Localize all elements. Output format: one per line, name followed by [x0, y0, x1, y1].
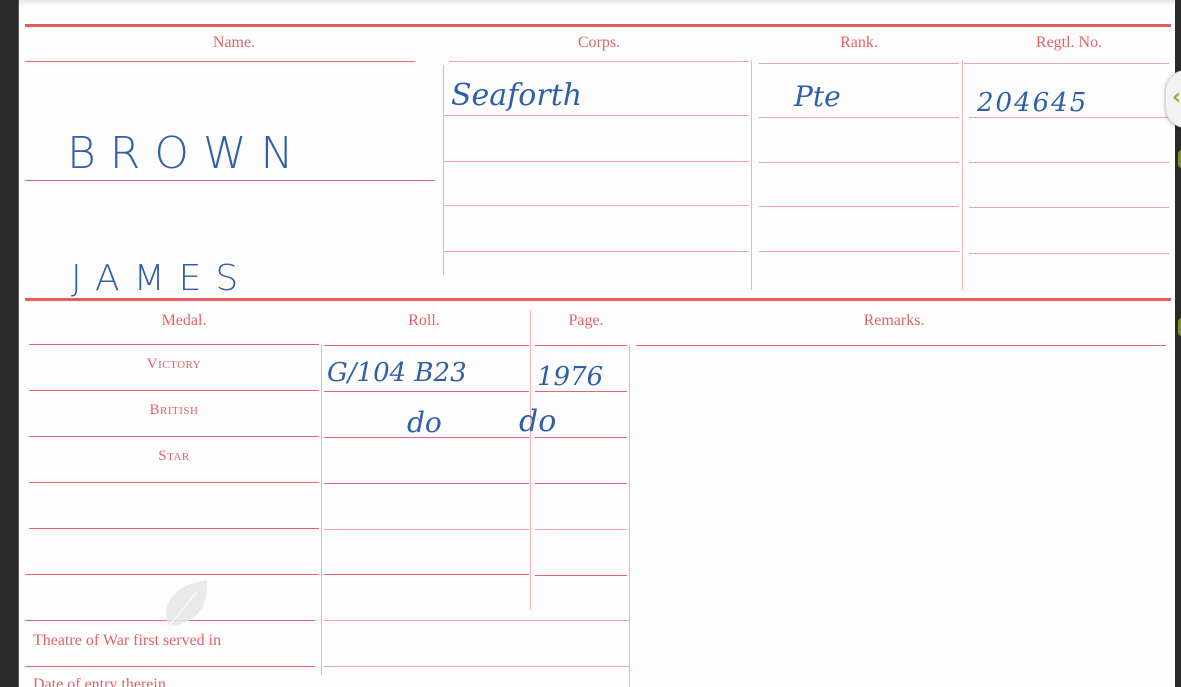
section-divider [25, 298, 1171, 301]
rank-entry: Pte [794, 80, 841, 113]
rule [759, 206, 959, 207]
roll-entry-british: do [407, 406, 442, 439]
rule [964, 63, 1169, 64]
rule [636, 345, 1166, 346]
page-entry-victory: 1976 [537, 362, 603, 392]
rule [324, 391, 529, 392]
medal-index-card: Name. Corps. Rank. Regtl. No. BROWN JAME… [18, 0, 1175, 687]
header-medal: Medal. [119, 312, 249, 330]
rule [25, 24, 1171, 27]
rule [444, 161, 749, 162]
medal-british: British [99, 402, 249, 419]
rule [324, 666, 629, 667]
rule [324, 620, 629, 621]
column-divider [443, 65, 444, 275]
header-regtl-no: Regtl. No. [1004, 34, 1134, 52]
chevron-left-icon: ‹ [1172, 85, 1181, 110]
rule [324, 574, 529, 575]
rule [29, 390, 319, 391]
header-remarks: Remarks. [829, 312, 959, 330]
rule [29, 528, 319, 529]
rule [25, 574, 319, 575]
regtl-no-entry: 204645 [977, 88, 1088, 118]
column-divider [530, 310, 531, 610]
rule [324, 345, 529, 346]
header-page: Page. [541, 312, 631, 330]
rule [29, 482, 319, 483]
rule [29, 436, 319, 437]
column-divider [962, 60, 963, 290]
medal-victory: Victory [99, 356, 249, 373]
rule [29, 344, 319, 345]
rule [969, 162, 1169, 163]
rule [535, 575, 627, 576]
rule [324, 529, 529, 530]
surname-entry: BROWN [67, 128, 307, 179]
theatre-of-war-label: Theatre of War first served in [33, 632, 323, 650]
top-shadow [19, 0, 1175, 6]
column-divider [321, 345, 322, 675]
medal-star: Star [99, 448, 249, 465]
rule [759, 162, 959, 163]
rule [444, 251, 749, 252]
page-entry-british: do [519, 404, 556, 439]
rule [25, 61, 415, 62]
rule [449, 61, 749, 62]
header-corps: Corps. [549, 34, 649, 52]
rule [759, 63, 959, 64]
rule [444, 205, 749, 206]
rule [444, 115, 749, 116]
rule [324, 483, 529, 484]
rule [969, 253, 1169, 254]
rule [535, 345, 627, 346]
header-name: Name. [169, 34, 299, 52]
date-of-entry-label: Date of entry therein [33, 676, 323, 687]
header-roll: Roll. [379, 312, 469, 330]
rule [535, 529, 627, 530]
rule [25, 666, 315, 667]
rule [535, 483, 627, 484]
leaf-icon [159, 578, 213, 630]
column-divider [751, 60, 752, 290]
forename-entry: JAMES [71, 258, 252, 299]
rule [25, 180, 435, 181]
rule [759, 251, 959, 252]
roll-entry-victory: G/104 B23 [327, 358, 467, 388]
rule [759, 117, 959, 118]
column-divider [629, 345, 630, 687]
rule [969, 207, 1169, 208]
corps-entry: Seaforth [451, 78, 582, 113]
header-rank: Rank. [809, 34, 909, 52]
